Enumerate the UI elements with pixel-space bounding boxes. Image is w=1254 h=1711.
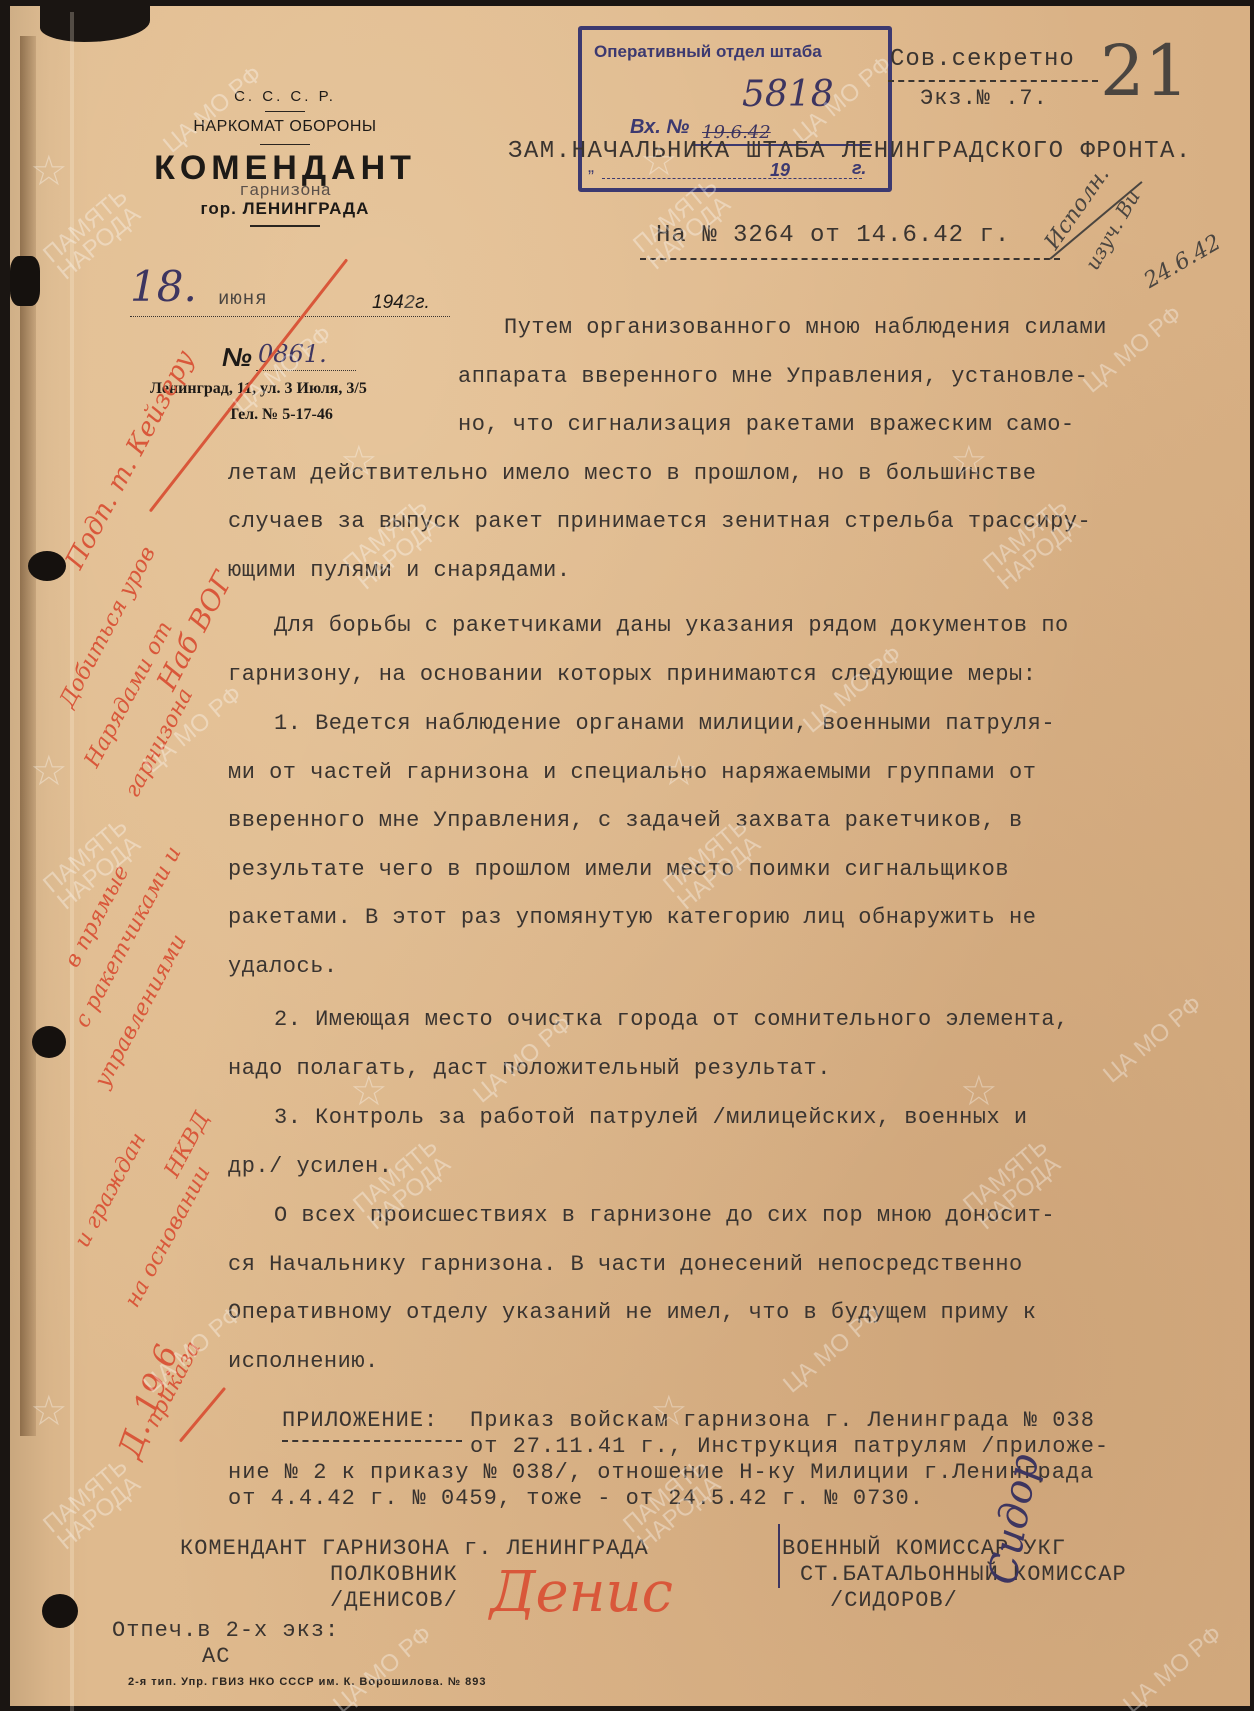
paragraph-1: Путем организованного мною наблюдения си… [228,304,1107,595]
binding-hole [32,1026,66,1058]
text-line: надо полагать, даст положительный резуль… [228,1045,1069,1094]
copy-number: Экз.№ .7. [920,86,1048,111]
measure-item-2: 2. Имеющая место очистка города от сомни… [228,996,1069,1093]
addressee: ЗАМ.НАЧАЛЬНИКА ШТАБА ЛЕНИНГРАДСКОГО ФРОН… [508,138,1192,165]
reference-underline [640,258,1060,260]
measure-item-3: 3. Контроль за работой патрулей /милицей… [228,1094,1028,1191]
city-name: ЛЕНИНГРАДА [243,199,370,218]
secrecy-underline [888,80,1098,82]
paragraph-2: Для борьбы с ракетчиками даны указания р… [228,602,1069,699]
text-line: др./ усилен. [228,1143,1028,1192]
text-line: исполнению. [228,1338,1055,1387]
country-label: С. С. С. Р. [120,88,450,105]
org-title: КОМЕНДАНТ [120,151,450,185]
page-number-handwritten: 21 [1100,30,1189,112]
ministry-label: НАРКОМАТ ОБОРОНЫ [120,118,450,136]
reference-number: На № 3264 от 14.6.42 г. [656,222,1010,249]
copies-note: Отпеч.в 2-х экз: [112,1618,339,1643]
binding-hole [42,1594,78,1628]
city-prefix: гор. [201,199,237,218]
signer-right-rank: СТ.БАТАЛЬОННЫЙ КОМИССАР [800,1562,1127,1587]
text-line: Оперативному отделу указаний не имел, чт… [228,1289,1055,1338]
attachment-line-3: ние № 2 к приказу № 038/, отношение Н-ку… [228,1460,1094,1486]
text-line: аппарата вверенного мне Управления, уста… [228,353,1107,402]
signature-left: Денис [490,1560,673,1625]
text-line: 3. Контроль за работой патрулей /милицей… [228,1094,1028,1143]
stamp-incoming-label: Вх. № [630,116,689,139]
torn-corner [40,6,150,42]
paragraph-3: О всех происшествиях в гарнизоне до сих … [228,1192,1055,1386]
binding-spine [20,36,36,1436]
text-line: результате чего в прошлом имели место по… [228,846,1055,895]
text-line: О всех происшествиях в гарнизоне до сих … [228,1192,1055,1241]
text-line: ракетами. В этот раз упомянутую категори… [228,894,1055,943]
signer-left-rank: ПОЛКОВНИК [330,1562,458,1587]
org-city: гор. ЛЕНИНГРАДА [120,199,450,219]
stamp-title: Оперативный отдел штаба [594,42,822,62]
signature-stroke [778,1524,780,1588]
text-line: удалось. [228,943,1055,992]
attachment-label: ПРИЛОЖЕНИЕ: [282,1408,438,1433]
printer-imprint: 2-я тип. Упр. ГВИЗ НКО СССР им. К. Ворош… [128,1676,487,1688]
divider [260,144,310,145]
attachment-line-1: Приказ войскам гарнизона г. Ленинграда №… [470,1408,1095,1434]
text-line: летам действительно имело место в прошло… [228,450,1107,499]
secrecy-label: Сов.секретно [890,46,1075,73]
stamp-line [602,178,862,179]
text-line: случаев за выпуск ракет принимается зени… [228,498,1107,547]
text-line: 1. Ведется наблюдение органами милиции, … [228,700,1055,749]
incoming-stamp: Оперативный отдел штаба 5818 Вх. № 19.6.… [578,26,892,192]
stamp-incoming-number: 5818 [742,74,834,115]
text-line: Путем организованного мною наблюдения си… [228,304,1107,353]
text-line: ся Начальнику гарнизона. В части донесен… [228,1241,1055,1290]
text-line: Для борьбы с ракетчиками даны указания р… [228,602,1069,651]
fold-line [70,12,74,1711]
torn-edge [10,256,40,306]
attachment-underline [282,1440,462,1442]
text-line: вверенного мне Управления, с задачей зах… [228,797,1055,846]
signer-right-name: /СИДОРОВ/ [830,1588,958,1613]
signer-left-title: КОМЕНДАНТ ГАРНИЗОНА г. ЛЕНИНГРАДА [180,1536,649,1561]
text-line: 2. Имеющая место очистка города от сомни… [228,996,1069,1045]
binding-hole [28,551,66,581]
letterhead: С. С. С. Р. НАРКОМАТ ОБОРОНЫ КОМЕНДАНТ г… [120,88,450,233]
text-line: ющими пулями и снарядами. [228,547,1107,596]
typist-initials: АС [202,1644,230,1669]
date-day: 18. [130,262,197,311]
divider [250,225,320,227]
text-line: ми от частей гарнизона и специально наря… [228,749,1055,798]
attachment-line-4: от 4.4.42 г. № 0459, тоже - от 24.5.42 г… [228,1486,924,1512]
org-subtitle: гарнизона [120,185,450,199]
text-line: но, что сигнализация ракетами вражеским … [228,401,1107,450]
divider [265,111,305,112]
text-line: гарнизону, на основании которых принимаю… [228,651,1069,700]
measure-item-1: 1. Ведется наблюдение органами милиции, … [228,700,1055,991]
signer-left-name: /ДЕНИСОВ/ [330,1588,458,1613]
